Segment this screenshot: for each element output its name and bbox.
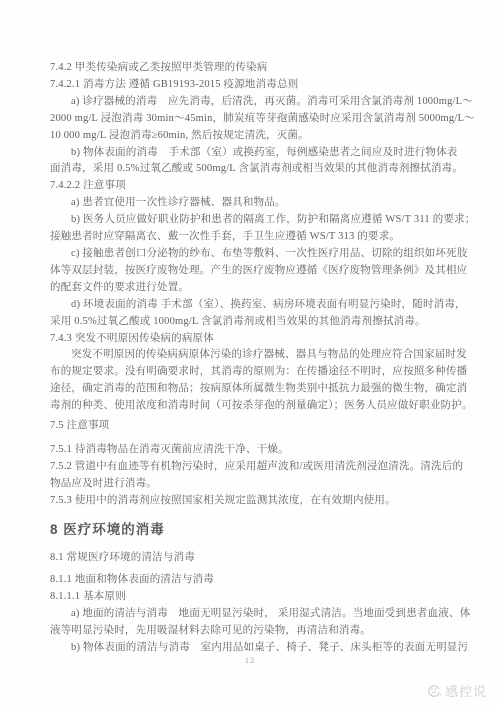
- section-heading: 7.4.3 突发不明原因传染病的病原体: [50, 331, 458, 348]
- text-line: d) 环境表面的消毒 手术部（室）、换药室、病房环境表面有明显污染时，随时消毒，: [50, 297, 458, 314]
- chapter-heading: 8 医疗环境的消毒: [50, 520, 458, 540]
- text-line: 物品应及时进行消毒。: [50, 476, 458, 493]
- text-line: 途径，确定消毒的范围和物品；按病原体所属微生物类别中抵抗力最强的微生物，确定消: [50, 381, 458, 398]
- text-line: 液等明显污染时，先用吸湿材料去除可见的污染物，再清洁和消毒。: [50, 623, 458, 640]
- text-line: b) 医务人员应做好职业防护和患者的隔离工作，防护和隔离应遵循 WS/T 311…: [50, 212, 458, 229]
- section-heading: 7.4.2.1 消毒方法 遵循 GB19193-2015 疫源地消毒总则: [50, 77, 458, 94]
- section-heading: 7.4.2 甲类传染病或乙类按照甲类管理的传染病: [50, 60, 458, 77]
- text-line: 布的规定要求。没有明确要求时，其消毒的原则为：在传播途径不明时，应按照多种传播: [50, 364, 458, 381]
- watermark: 感控说: [425, 681, 487, 700]
- text-line: 10 000 mg/L 浸泡消毒≥60min, 然后按规定清洗，灭菌。: [50, 128, 458, 145]
- text-line: 突发不明原因的传染病病原体污染的诊疗器械、器具与物品的处理应符合国家届时发: [50, 347, 458, 364]
- watermark-text: 感控说: [445, 681, 487, 700]
- text-line: 2000 mg/L 浸泡消毒 30min～45min，肺炭疽等芽孢菌感染时应采用…: [50, 111, 458, 128]
- section-heading: 7.5.2 管道中有血迹等有机物污染时，应采用超声波和/或医用清洗剂浸泡清洗。清…: [50, 459, 458, 476]
- text-line: 的配套文件的要求进行处置。: [50, 280, 458, 297]
- section-heading: 8.1.1.1 基本原则: [50, 589, 458, 606]
- document-page: 7.4.2 甲类传染病或乙类按照甲类管理的传染病7.4.2.1 消毒方法 遵循 …: [0, 0, 500, 707]
- text-line: 接触患者时应穿隔离衣、戴一次性手套，手卫生应遵循 WS/T 313 的要求。: [50, 229, 458, 246]
- section-heading: 8.1 常规医疗环境的清洁与消毒: [50, 550, 458, 567]
- section-heading: 7.5.3 使用中的消毒剂应按照国家相关规定监测其浓度，在有效期内使用。: [50, 493, 458, 510]
- section-heading: 7.5.1 待消毒物品在消毒灭菌前应清洗干净、干燥。: [50, 442, 458, 459]
- text-line: 采用 0.5%过氧乙酸或 1000mg/L 含氯消毒剂或相当效果的其他消毒剂擦拭…: [50, 314, 458, 331]
- section-heading: 8.1.1 地面和物体表面的清洁与消毒: [50, 572, 458, 589]
- text-line: 面消毒，采用 0.5%过氧乙酸或 500mg/L 含氯消毒剂或相当效果的其他消毒…: [50, 161, 458, 178]
- text-line: a) 诊疗器械的消毒 应先消毒，后清洗，再灭菌。消毒可采用含氯消毒剂 1000m…: [50, 94, 458, 111]
- document-body: 7.4.2 甲类传染病或乙类按照甲类管理的传染病7.4.2.1 消毒方法 遵循 …: [50, 60, 458, 657]
- page-number: 12: [0, 655, 500, 665]
- smiley-face-icon: [425, 683, 442, 698]
- text-line: 体等双层封装，按医疗废物处理。产生的医疗废物应遵循《医疗废物管理条例》及其相应: [50, 263, 458, 280]
- text-line: a) 患者宜使用一次性诊疗器械、器具和物品。: [50, 195, 458, 212]
- section-heading: 7.4.2.2 注意事项: [50, 178, 458, 195]
- text-line: c) 接触患者创口分泌物的纱布、布垫等敷料、一次性医疗用品、切除的组织如坏死肢: [50, 246, 458, 263]
- section-heading: 7.5 注意事项: [50, 418, 458, 435]
- text-line: a) 地面的清洁与消毒 地面无明显污染时， 采用湿式清洁。当地面受到患者血液、体: [50, 606, 458, 623]
- text-line: 毒剂的种类、使用浓度和消毒时间（可按杀芽孢的剂量确定）；医务人员应做好职业防护。: [50, 398, 458, 415]
- text-line: b) 物体表面的消毒 手术部（室）或换药室，每例感染患者之间应及时进行物体表: [50, 145, 458, 162]
